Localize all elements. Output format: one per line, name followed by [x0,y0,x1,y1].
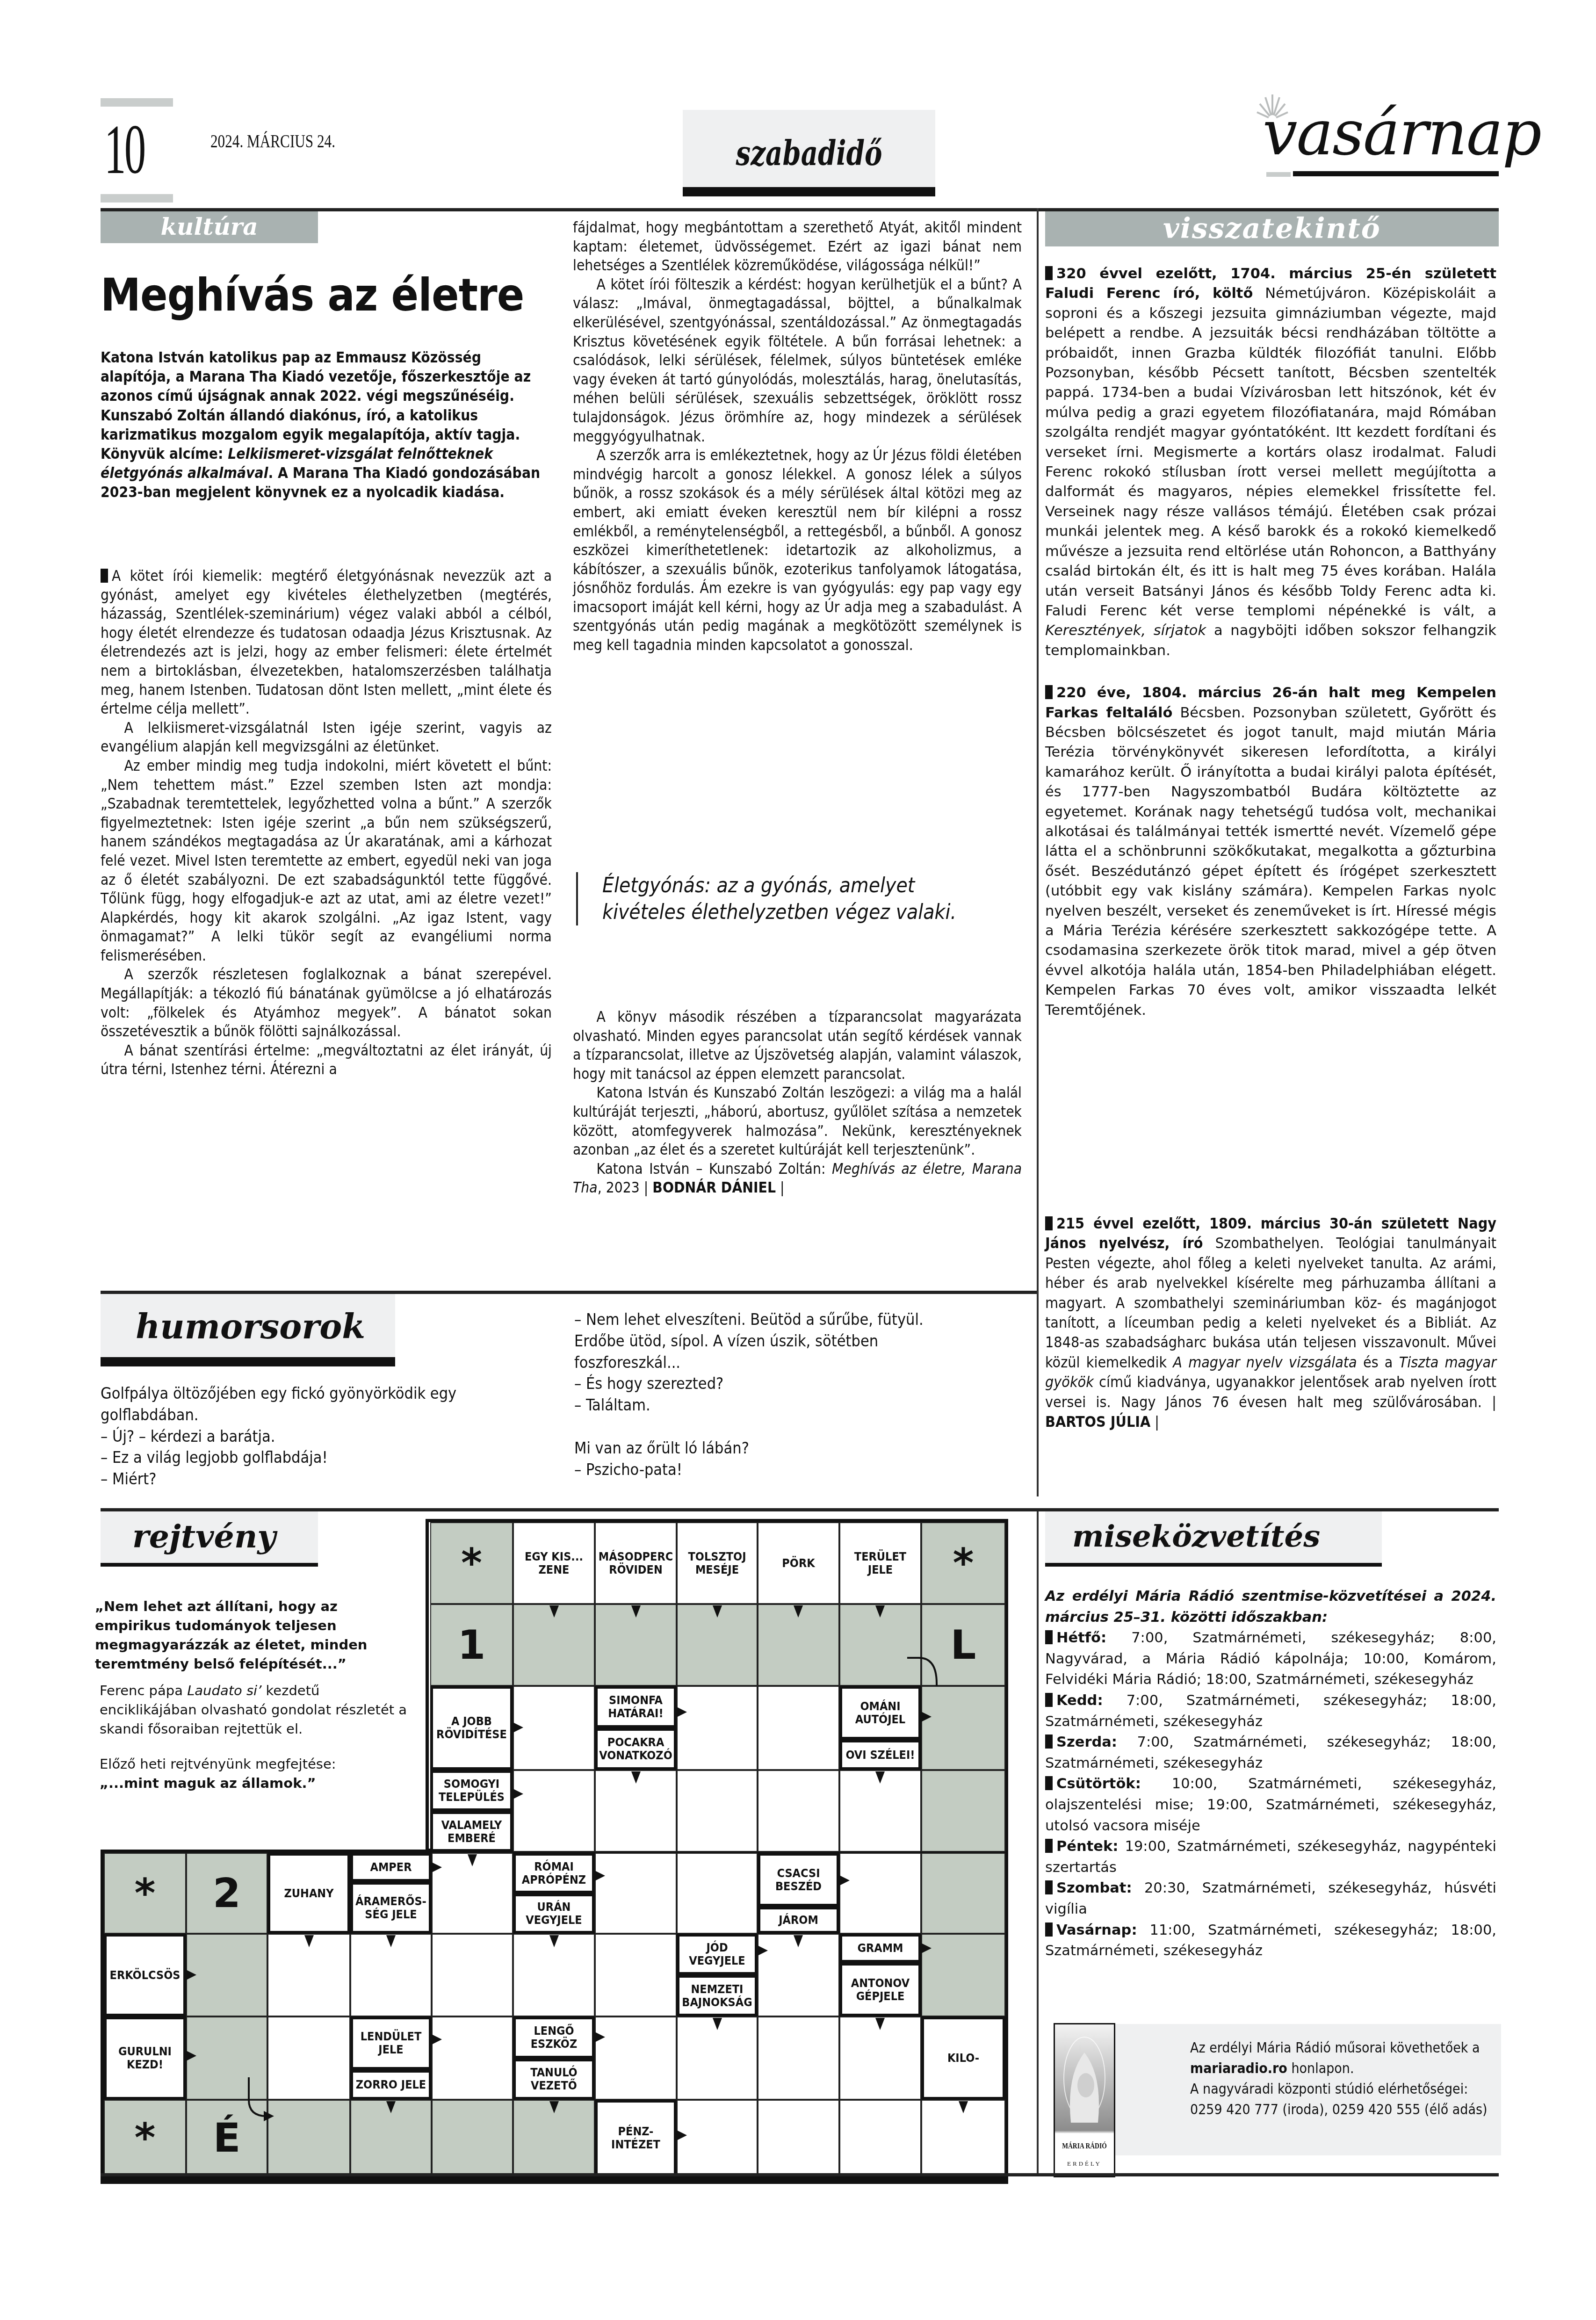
crossword-answer-cell[interactable] [677,2100,758,2176]
column-divider-upper [1037,208,1039,1496]
crossword-clue: ERKÖLCSÖS [104,1934,186,2016]
crossword-answer-cell[interactable] [758,2016,839,2100]
puzzle-rule [101,1508,1499,1511]
crossword-clue: CSACSI BESZÉD [758,1853,839,1907]
arrow-down-icon [468,1854,477,1866]
crossword-answer-cell[interactable] [432,2100,513,2176]
crossword-clue: OVI SZÉLEI! [839,1740,921,1770]
crossword-clue: PÉNZ-INTÉZET [595,2100,677,2176]
paragraph: A lelkiismeret-vizsgálatnál Isten igéje … [101,719,552,757]
crossword-clue: EGY KIS... ZENE [513,1522,595,1604]
radio-line: Az erdélyi Mária Rádió műsorai követhető… [1190,2040,1480,2056]
paragraph-text: A kötet írói kiemelik: megtérő életgyóná… [101,568,552,717]
item-marker-icon [1045,1216,1053,1230]
schedule-day: Szombat: 20:30, Szatmárnémeti, székesegy… [1045,1878,1496,1920]
arrow-right-icon [186,2051,196,2061]
arrow-right-icon [432,2034,442,2045]
crossword-answer-cell[interactable] [513,1770,595,1852]
anniversary-text: Németújváron. Középiskoláit a soproni és… [1045,285,1496,619]
schedule-day: Szerda: 7:00, Szatmárnémeti, székesegyhá… [1045,1732,1496,1774]
radio-contacts: A nagyváradi központi stúdió elérhetőség… [1190,2081,1488,2118]
logo-underline-gray [1266,172,1291,177]
crossword-clue: URÁN VEGYJELE [513,1894,595,1934]
schedule-day: Csütörtök: 10:00, Szatmárnémeti, székese… [1045,1774,1496,1836]
previous-solution-answer: „...mint maguk az államok.” [100,1774,418,1793]
crossword-clue: NEMZETI BAJNOKSÁG [677,1975,758,2016]
anniversary-item: 215 évvel ezelőtt, 1809. március 30-án s… [1045,1214,1496,1431]
joke-line: foszforeszkál... [574,1352,1023,1374]
paragraph-marker-icon [101,569,108,583]
arrow-down-icon [875,2018,885,2030]
byline-suffix: | [1150,1413,1159,1431]
page-number-bar-top [101,98,173,107]
item-marker-icon [1045,1735,1053,1749]
tab-visszatekinto: visszatekintő [1045,211,1499,246]
anniversary-text: és a [1357,1353,1399,1371]
day-label: Péntek: [1056,1838,1119,1855]
arrow-down-icon [875,1771,885,1784]
top-rule [101,208,1499,211]
crossword-answer-cell[interactable] [921,1770,1005,1852]
crossword-answer-cell[interactable] [921,1853,1005,1934]
arrow-down-icon [549,1935,559,1947]
schedule-intro: Az erdélyi Mária Rádió szentmise-közvetí… [1045,1586,1496,1628]
arrow-right-icon [677,2130,687,2140]
logo-sub: ERDÉLY [1055,2160,1114,2168]
pull-quote: Életgyónás: az a gyónás, amelyet kivétel… [576,872,976,925]
paragraph: A szerzők részletesen foglalkoznak a bán… [101,965,552,1041]
crossword-star-cell: * [104,2100,186,2176]
page-number: 10 [104,108,144,192]
section-label: szabadidő [683,110,935,196]
anniversary-item-3: 215 évvel ezelőtt, 1809. március 30-án s… [1045,1214,1496,1431]
joke-line: Erdőbe ütöd, sípol. A vízen úszik, sötét… [574,1331,1023,1352]
crossword-clue: LENDÜLET JELE [350,2016,432,2070]
arrow-right-icon [186,1970,196,1980]
crossword-answer-cell[interactable] [432,1934,513,2016]
day-label: Vasárnap: [1056,1922,1137,1938]
crossword-clue: SIMONFA HATÁRAI! [595,1686,677,1728]
joke-right: – Nem lehet elveszíteni. Beütöd a sűrűbe… [574,1309,1023,1481]
crossword-star-cell: * [430,1522,513,1604]
anniversary-text: Bécsben. Pozsonyban született, Győrött é… [1045,705,1496,1019]
crossword-answer-cell[interactable] [758,1686,839,1770]
anniversary-item: 220 éve, 1804. március 26-án halt meg Ke… [1045,683,1496,1020]
arrow-right-icon [677,1707,687,1717]
crossword-clue: A JOBB RÖVIDÍTÉSE [430,1686,513,1770]
crossword-clue: TANULÓ VEZETŐ [513,2059,595,2100]
section-title: szabadidő [710,133,907,173]
day-label: Szerda: [1056,1734,1117,1750]
tab-rejtveny: rejtvény [101,1511,318,1567]
crossword-answer-cell[interactable] [186,1934,267,2016]
work-title: A magyar nyelv vizsgálata [1173,1353,1357,1371]
radio-info-text: Az erdélyi Mária Rádió műsorai követhető… [1190,2038,1489,2120]
crossword-clue: LENGŐ ESZKÖZ [513,2016,595,2059]
day-label: Csütörtök: [1056,1776,1141,1792]
arrow-down-icon [549,2101,559,2113]
joke-line: – Új? – kérdezi a barátja. [101,1426,549,1448]
article-credit: Katona István – Kunszabó Zoltán: Meghívá… [573,1160,1022,1198]
crossword-answer-cell[interactable] [677,1686,758,1770]
joke-line: – Miért? [101,1469,549,1490]
crossword-clue: JÁROM [758,1907,839,1934]
day-label: Szombat: [1056,1880,1132,1896]
crossword-clue: RÓMAI APRÓPÉNZ [513,1853,595,1894]
crossword-answer-cell[interactable] [595,2016,677,2100]
joke-1-left: Golfpálya öltözőjében egy fickó gyönyörk… [101,1383,549,1490]
arrow-down-icon [304,1935,314,1947]
joke-line: – Ez a világ legjobb golflabdája! [101,1447,549,1469]
day-label: Kedd: [1056,1692,1103,1709]
crossword-clue: ZORRO JELE [350,2070,432,2100]
credit-year: , 2023 | [598,1179,653,1196]
paragraph: fájdalmat, hogy megbántottam a szerethet… [573,218,1022,275]
radio-website-link[interactable]: mariaradio.ro [1190,2060,1287,2077]
crossword-clue: VALAMELY EMBERÉ [430,1811,513,1852]
crossword-clue: GRAMM [839,1934,921,1963]
crossword-answer-cell[interactable] [677,1853,758,1934]
tab-humorsorok: humorsorok [101,1294,395,1366]
desc-text: Ferenc pápa [100,1683,187,1698]
arrow-right-icon [513,1722,523,1733]
song-title: Keresztények, sírjatok [1045,622,1206,639]
item-marker-icon [1045,1693,1053,1707]
crossword-clue: POCAKRA VONATKOZÓ [595,1728,677,1770]
anniversary-item: 320 évvel ezelőtt, 1704. március 25-én s… [1045,264,1496,661]
crossword-star-cell: * [921,1522,1005,1604]
joke-line: Mi van az őrült ló lábán? [574,1438,1023,1460]
arrow-down-icon [794,1605,803,1618]
crossword-answer-cell[interactable] [839,1853,921,1934]
previous-solution: Előző heti rejtvényünk megfejtése: „...m… [100,1755,418,1793]
newspaper-logo: vasárnap [1258,94,1501,178]
item-marker-icon [1045,266,1053,280]
paragraph: Katona István és Kunszabó Zoltán leszöge… [573,1084,1022,1159]
article-lead: Katona István katolikus pap az Emmausz K… [101,348,552,503]
paragraph: A szerzők arra is emlékeztetnek, hogy az… [573,446,1022,655]
crossword-answer-cell[interactable] [758,2100,839,2176]
arrow-down-icon [631,1605,641,1618]
crossword-answer-cell[interactable] [758,1770,839,1852]
item-marker-icon [1045,1839,1053,1853]
arrow-right-icon [758,1945,768,1956]
crossword-clue: TOLSZTOJ MESÉJE [677,1522,758,1604]
anniversary-list: 320 évvel ezelőtt, 1704. március 25-én s… [1045,264,1496,1020]
crossword-clue: GURULNI KEZD! [104,2016,186,2100]
issue-date: 2024. MÁRCIUS 24. [210,130,335,152]
item-marker-icon [1045,1776,1053,1790]
crossword-clue: PÖRK [758,1522,839,1604]
crossword-clue: SOMOGYI TELEPÜLÉS [430,1770,513,1811]
item-marker-icon [1045,685,1053,699]
encyclical-title: Laudato si’ [187,1683,261,1698]
paragraph: Az ember mindig meg tudja indokolni, mié… [101,757,552,966]
arrow-down-icon [631,1771,641,1784]
crossword-row-number-2: 2 [186,1853,267,1934]
crossword-answer-cell[interactable] [595,1853,677,1934]
curved-arrow-icon [243,2076,281,2128]
joke-spacer [574,1417,1023,1438]
puzzle-quote: „Nem lehet azt állítani, hogy az empirik… [95,1597,418,1674]
crossword-answer-cell[interactable] [595,1934,677,2016]
crossword-answer-cell[interactable] [921,1686,1005,1770]
logo-wordmark: vasárnap [1263,98,1541,168]
arrow-down-icon [794,1935,803,1947]
arrow-down-icon [549,1605,559,1618]
tab-kultura: kultúra [101,211,318,243]
arrow-down-icon [713,1605,722,1618]
madonna-image-icon [1062,2034,1107,2127]
crossword-clue: TERÜLET JELE [839,1522,921,1604]
arrow-right-icon [839,1875,850,1886]
crossword-clue: AMPER [350,1853,432,1882]
arrow-right-icon [921,1943,932,1953]
schedule-day: Kedd: 7:00, Szatmárnémeti, székesegyház;… [1045,1691,1496,1732]
joke-line: Golfpálya öltözőjében egy fickó gyönyörk… [101,1383,549,1405]
tab-misekozvetites: miseközvetítés [1045,1511,1382,1567]
arrow-down-icon [959,2101,968,2113]
crossword-answer-cell[interactable] [432,2016,513,2100]
section-underline [683,187,935,196]
arrow-right-icon [432,1862,442,1872]
crossword-answer-cell[interactable] [513,1686,595,1770]
arrow-right-icon [921,1712,932,1722]
credit-suffix: | [776,1179,785,1196]
crossword-clue: ANTONOV GÉPJELE [839,1963,921,2016]
schedule-day: Hétfő: 7:00, Szatmárnémeti, székesegyház… [1045,1628,1496,1691]
joke-line: – Pszicho-pata! [574,1460,1023,1481]
bottom-rule [101,2173,1499,2176]
arrow-down-icon [875,1605,885,1618]
paragraph: A könyv második részében a tízparancsola… [573,1008,1022,1084]
arrow-right-icon [595,2032,605,2042]
arrow-down-icon [386,1935,396,1947]
arrow-down-icon [386,2101,396,2113]
crossword-answer-cell[interactable] [839,2100,921,2176]
crossword-clue: JÓD VEGYJELE [677,1934,758,1975]
day-times: 7:00, Szatmárnémeti, székesegyház; 18:00… [1045,1692,1496,1730]
crossword-answer-cell[interactable] [677,1770,758,1852]
joke-line: – Nem lehet elveszíteni. Beütöd a sűrűbe… [574,1309,1023,1331]
page-number-block: 10 [101,98,173,196]
joke-line: golflabdában. [101,1405,549,1426]
crossword-clue: ÁRAMERŐS-SÉG JELE [350,1882,432,1934]
paragraph: A bánat szentírási értelme: „megváltozta… [101,1041,552,1079]
byline: BARTOS JÚLIA [1045,1413,1150,1431]
logo-underline-black [1293,171,1499,176]
mass-schedule: Az erdélyi Mária Rádió szentmise-közvetí… [1045,1586,1496,1962]
page-number-bar-bottom [101,194,173,202]
logo-name: MÁRIA RÁDIÓ [1061,2141,1108,2151]
joke-line: – Találtam. [574,1395,1023,1417]
puzzle-description: Ferenc pápa Laudato si’ kezdetű enciklik… [100,1681,418,1739]
article-headline: Meghívás az életre [101,269,524,321]
item-marker-icon [1045,1880,1053,1894]
crossword-clue: OMÁNI AUTÓJEL [839,1686,921,1740]
crossword-row-number-1: 1 [430,1604,513,1686]
anniversary-text: Szombathelyen. Teológiai tanulmányait Pe… [1045,1234,1496,1371]
crossword-clue: KILO- [921,2016,1005,2100]
paragraph: A kötet írói kiemelik: megtérő életgyóná… [101,567,552,719]
crossword-star-cell: * [104,1853,186,1934]
arrow-right-icon [595,1871,605,1881]
item-marker-icon [1045,1630,1053,1644]
previous-solution-label: Előző heti rejtvényünk megfejtése: [100,1755,418,1774]
schedule-day: Péntek: 19:00, Szatmárnémeti, székesegyh… [1045,1836,1496,1878]
item-marker-icon [1045,1922,1053,1937]
article-column-2-end: A könyv második részében a tízparancsola… [573,1008,1022,1198]
schedule-day: Vasárnap: 11:00, Szatmárnémeti, székeseg… [1045,1920,1496,1962]
credit-authors: Katona István – Kunszabó Zoltán: [596,1161,832,1178]
day-times: 7:00, Szatmárnémeti, székesegyház; 8:00,… [1045,1630,1496,1688]
article-column-2: fájdalmat, hogy megbántottam a szerethet… [573,218,1022,655]
crossword-clue: MÁSODPERC RÖVIDEN [595,1522,677,1604]
humor-rule [101,1291,1037,1294]
column-divider-lower [1037,1508,1039,2175]
paragraph: A kötet írói fölteszik a kérdést: hogyan… [573,275,1022,446]
radio-line: honlapon. [1287,2060,1354,2077]
arrow-right-icon [513,1789,523,1799]
crossword-answer-cell[interactable] [921,1934,1005,2016]
maria-radio-logo: MÁRIA RÁDIÓ ERDÉLY [1054,2023,1115,2177]
crossword-clue: ZUHANY [267,1853,350,1934]
byline: BODNÁR DÁNIEL [652,1179,776,1196]
article-column-1: A kötet írói kiemelik: megtérő életgyóná… [101,567,552,1079]
day-label: Hétfő: [1056,1630,1106,1646]
anniversary-text-end: című kiadványa, ugyanakkor jelentősek ar… [1045,1373,1496,1410]
arrow-down-icon [713,2018,722,2030]
joke-line: – És hogy szerezted? [574,1373,1023,1395]
